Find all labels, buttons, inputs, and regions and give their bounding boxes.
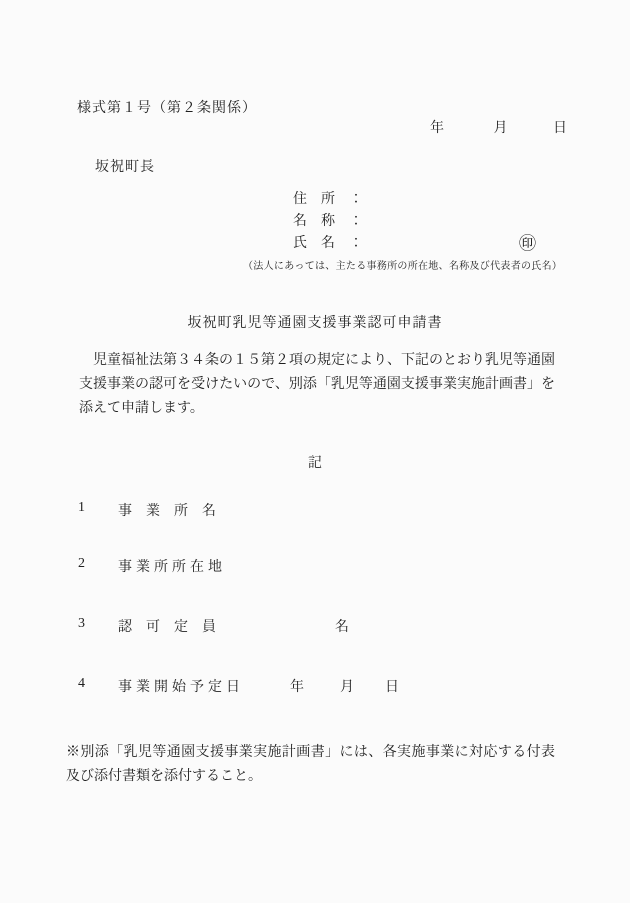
form-number-label: 様式第１号（第２条関係）: [77, 97, 257, 117]
item-row-approved-capacity: 3 認 可 定 員 名: [0, 616, 630, 636]
item-number: 4: [78, 676, 85, 692]
record-heading: 記: [0, 452, 630, 472]
date-day-label: 日: [553, 121, 567, 136]
application-form-page: 様式第１号（第２条関係） 年 月 日 坂祝町長 住 所 ： 名 称 ： 氏 名 …: [0, 0, 630, 903]
item-row-business-address: 2 事業所所在地: [0, 556, 630, 576]
addressee-label: 坂祝町長: [95, 156, 155, 176]
item-label: 事 業 所 名: [118, 500, 216, 520]
seal-mark-icon: ㊞: [519, 235, 536, 252]
item-label: 事業開始予定日: [118, 676, 244, 696]
applicant-block: 住 所 ： 名 称 ： 氏 名 ：: [293, 189, 363, 255]
applicant-person-name-label: 氏 名 ：: [293, 233, 363, 255]
document-title: 坂祝町乳児等通園支援事業認可申請書: [0, 312, 630, 332]
item-row-start-date: 4 事業開始予定日 年 月 日: [0, 676, 630, 696]
item-number: 2: [78, 556, 85, 572]
applicant-legal-note: （法人にあっては、主たる事務所の所在地、名称及び代表者の氏名）: [243, 257, 562, 272]
date-year-label: 年: [430, 121, 444, 136]
item-number: 1: [78, 500, 85, 516]
applicant-org-name-label: 名 称 ：: [293, 211, 363, 233]
date-line: 年 月 日: [430, 117, 567, 137]
item-label: 認 可 定 員: [118, 616, 216, 636]
attachment-footnote: ※別添「乳児等通園支援事業実施計画書」には、各実施事業に対応する付表及び添付書類…: [66, 741, 555, 789]
item-row-business-name: 1 事 業 所 名: [0, 500, 630, 520]
body-paragraph: 児童福祉法第３４条の１５第２項の規定により、下記のとおり乳児等通園支援事業の認可…: [79, 349, 555, 421]
item-label: 事業所所在地: [118, 556, 226, 576]
date-month-label: 月: [494, 121, 508, 136]
item-number: 3: [78, 616, 85, 632]
applicant-address-label: 住 所 ：: [293, 189, 363, 211]
item-year-label: 年: [290, 676, 304, 696]
item-day-label: 日: [385, 676, 399, 696]
item-unit-label: 名: [335, 616, 349, 636]
item-month-label: 月: [340, 676, 354, 696]
